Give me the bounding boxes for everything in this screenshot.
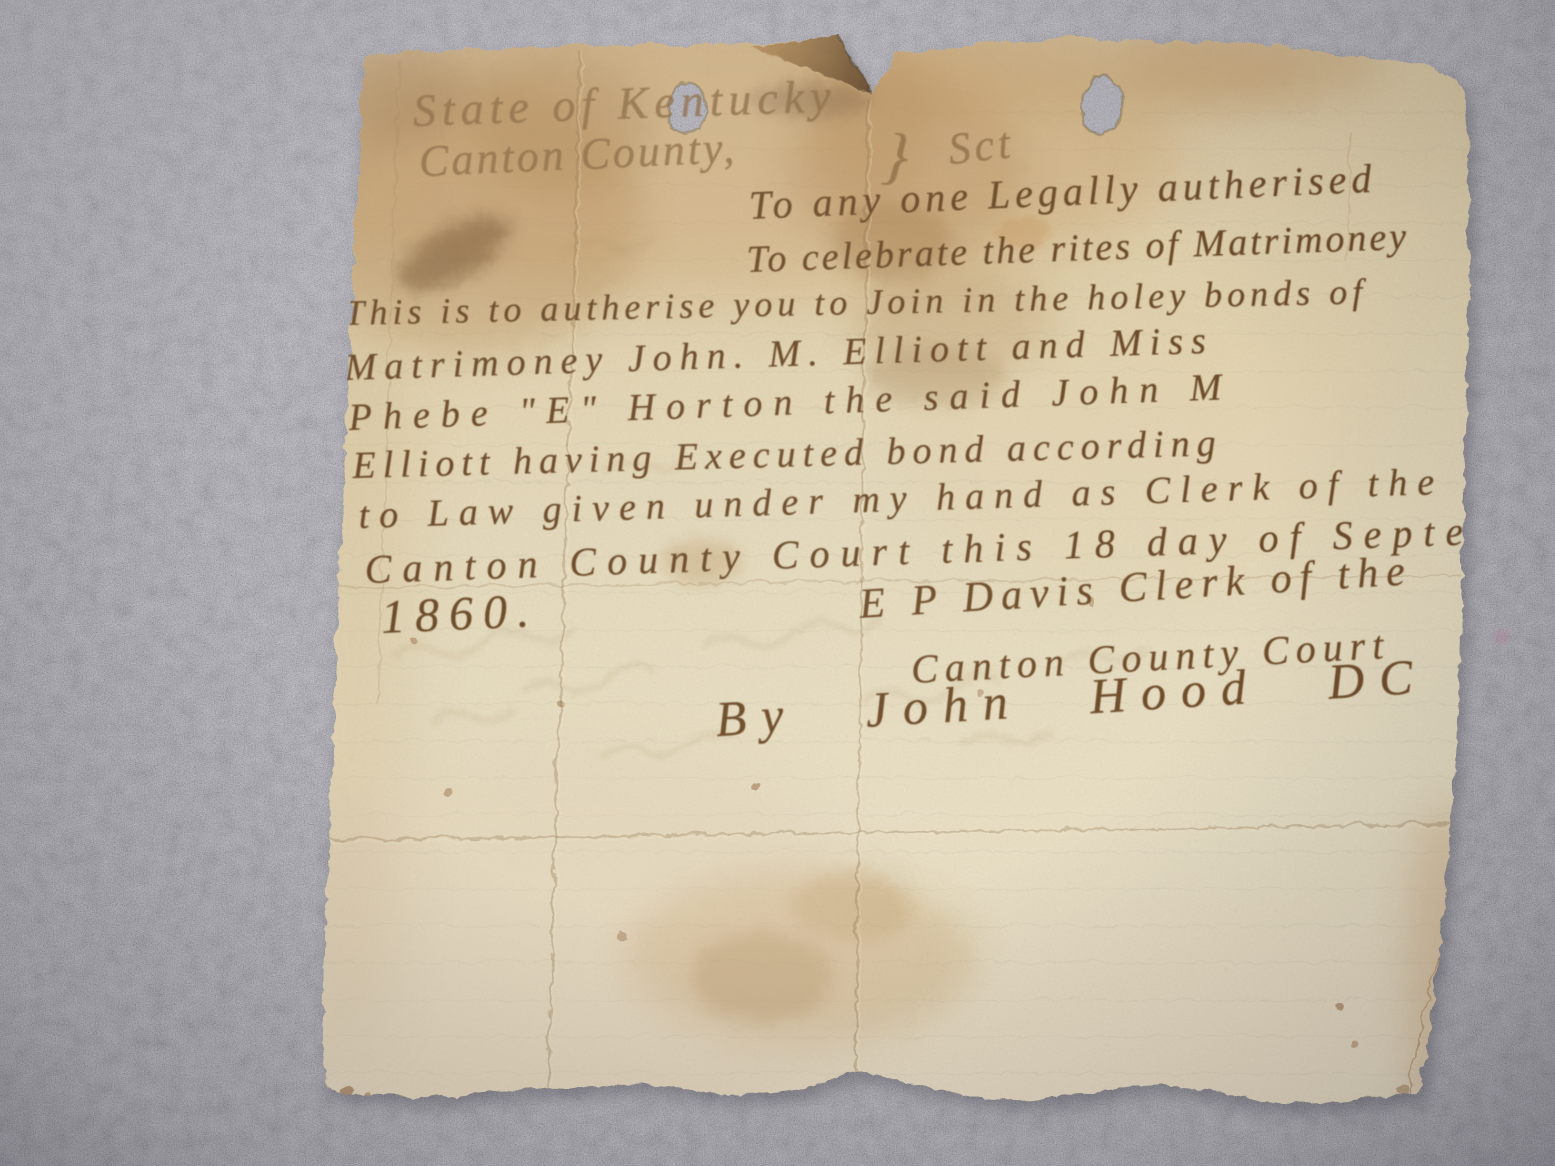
line-to-any-one: To any one Legally autherised [748, 157, 1377, 228]
photo-of-document: State of Kentucky Canton County, } Sct T… [0, 0, 1555, 1166]
pink-fleck [1495, 630, 1509, 644]
line-year: 1860. [380, 585, 540, 645]
line-state-of-kentucky: State of Kentucky [412, 71, 837, 136]
line-sct: Sct [946, 119, 1016, 174]
line-authorise-body: This is to autherise you to Join in the … [344, 273, 1368, 334]
